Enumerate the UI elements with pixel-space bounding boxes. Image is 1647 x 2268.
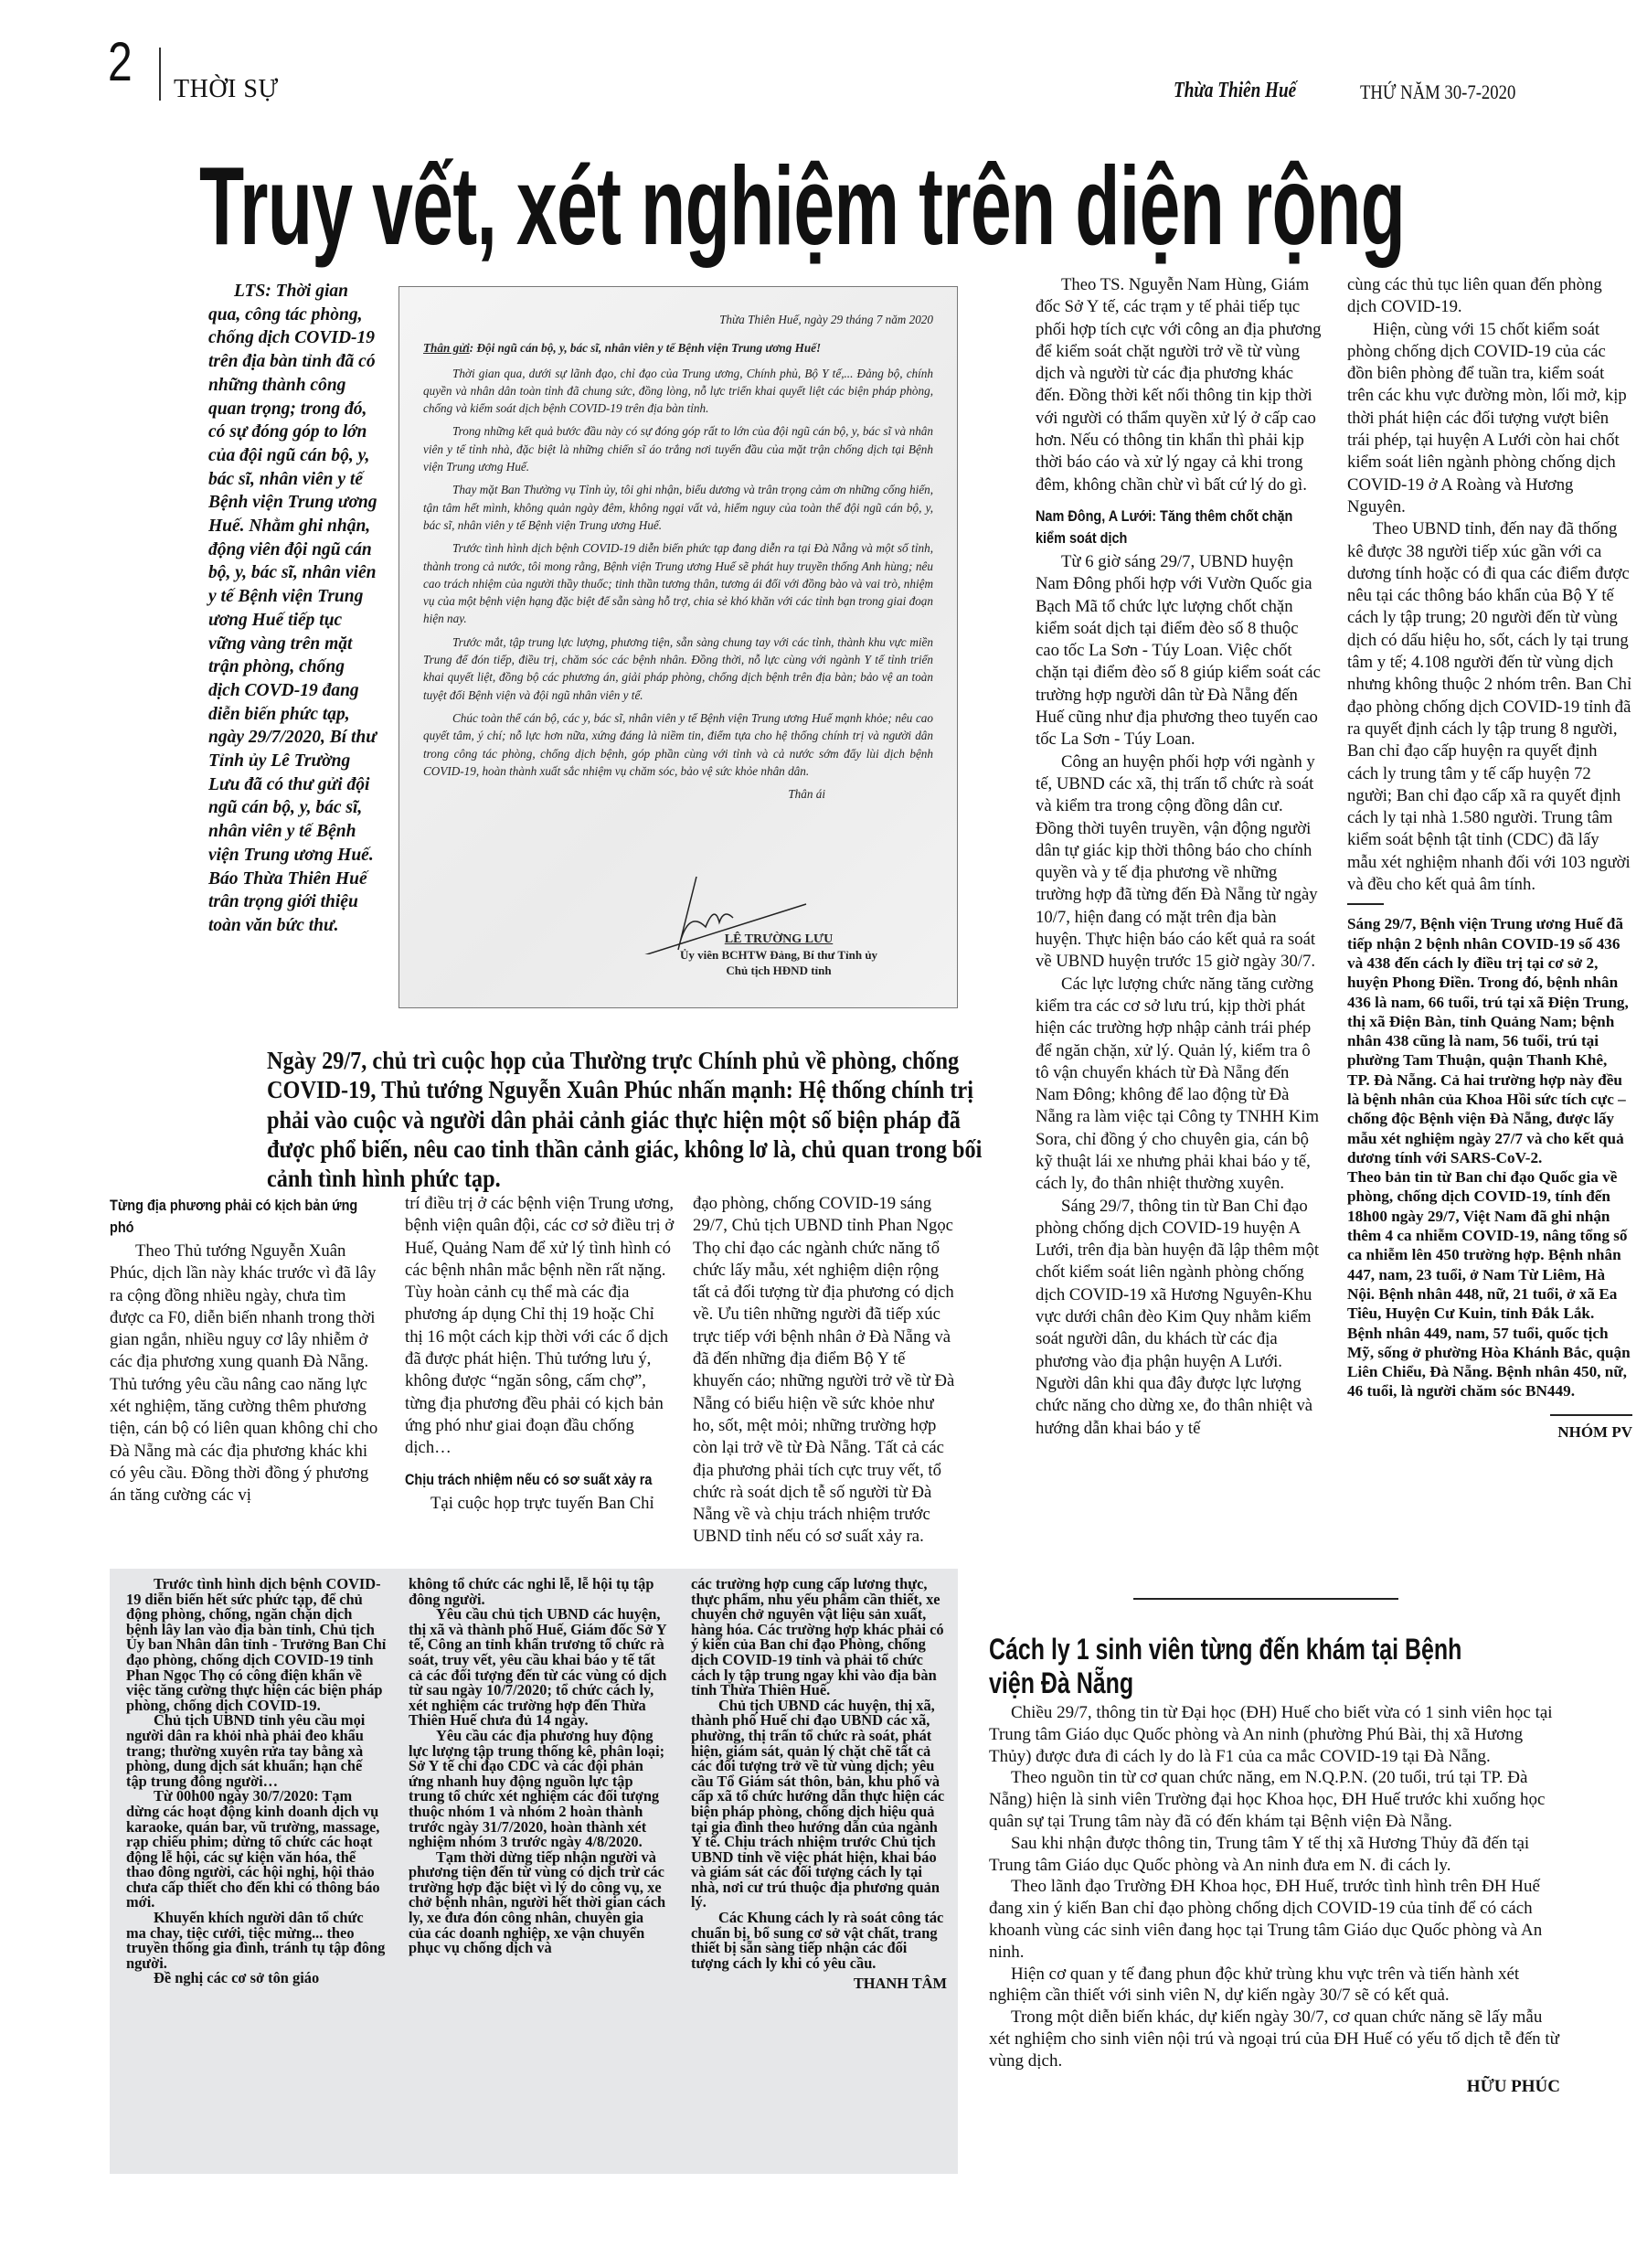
paragraph: Tại cuộc họp trực tuyến Ban Chỉ [405, 1493, 675, 1515]
paragraph: Theo nguồn tin từ cơ quan chức năng, em … [989, 1767, 1560, 1832]
signer-title-1: Ủy viên BCHTW Đảng, Bí thư Tỉnh ủy [674, 947, 884, 963]
editor-note: LTS: Thời gian qua, công tác phòng, chốn… [208, 280, 377, 938]
divider [1550, 1414, 1632, 1416]
paragraph: Hiện, cùng với 15 chốt kiểm soát phòng c… [1347, 319, 1632, 519]
paragraph: Hiện cơ quan y tế đang phun độc khử trùn… [989, 1964, 1560, 2007]
box-paragraph: các trường hợp cung cấp lương thực, thực… [691, 1577, 947, 1698]
salutation-label: Thân gửi [423, 341, 470, 355]
box-paragraph: không tổ chức các nghi lễ, lễ hội tụ tập… [409, 1577, 669, 1607]
news-brief: Sáng 29/7, Bệnh viện Trung ương Huế đã t… [1347, 914, 1632, 1400]
paragraph: Sau khi nhận được thông tin, Trung tâm Y… [989, 1833, 1560, 1877]
editor-note-text: LTS: Thời gian qua, công tác phòng, chốn… [208, 280, 377, 938]
paragraph: Trong một diễn biến khác, dự kiến ngày 3… [989, 2007, 1560, 2071]
paragraph: Theo lãnh đạo Trường ĐH Khoa học, ĐH Huế… [989, 1876, 1560, 1963]
letter-paragraph: Trước mắt, tập trung lực lượng, phương t… [423, 634, 933, 704]
letter-closing: Thân ái [423, 785, 825, 803]
box-paragraph: Trước tình hình dịch bệnh COVID-19 diễn … [126, 1577, 387, 1713]
publication-name: Thừa Thiên Huế [1174, 79, 1296, 103]
header-divider [159, 48, 161, 101]
letter-signer: LÊ TRƯỜNG LƯU Ủy viên BCHTW Đảng, Bí thư… [674, 932, 884, 978]
article-2-body: Chiều 29/7, thông tin từ Đại học (ĐH) Hu… [989, 1702, 1560, 2097]
box-column: các trường hợp cung cấp lương thực, thực… [691, 1577, 947, 1992]
lede-paragraph: Ngày 29/7, chủ trì cuộc họp của Thường t… [267, 1046, 991, 1193]
letter-image: Thừa Thiên Huế, ngày 29 tháng 7 năm 2020… [398, 286, 958, 1008]
paragraph: Từ 6 giờ sáng 29/7, UBND huyện Nam Đông … [1036, 551, 1323, 751]
letter-paragraph: Thay mặt Ban Thường vụ Tỉnh ủy, tôi ghi … [423, 481, 933, 534]
box-paragraph: Khuyến khích người dân tổ chức ma chay, … [126, 1911, 387, 1971]
issue-date: THỨ NĂM 30-7-2020 [1360, 80, 1515, 104]
letter-paragraph: Trước tình hình dịch bệnh COVID-19 diễn … [423, 539, 933, 627]
article-2-title: Cách ly 1 sinh viên từng đến khám tại Bệ… [989, 1633, 1488, 1700]
brief-paragraph: Theo bản tin từ Ban chỉ đạo Quốc gia về … [1347, 1167, 1632, 1401]
page-number: 2 [108, 35, 133, 90]
salutation-text: : Đội ngũ cán bộ, y, bác sĩ, nhân viên y… [470, 341, 821, 355]
article-column: trí điều trị ở các bệnh viện Trung ương,… [405, 1193, 675, 1515]
paragraph: Theo TS. Nguyễn Nam Hùng, Giám đốc Sở Y … [1036, 274, 1323, 496]
box-paragraph: Các Khung cách ly rà soát công tác chuẩn… [691, 1911, 947, 1971]
letter-place-date: Thừa Thiên Huế, ngày 29 tháng 7 năm 2020 [423, 311, 933, 328]
box-column: không tổ chức các nghi lễ, lễ hội tụ tập… [409, 1577, 669, 1956]
box-paragraph: Từ 00h00 ngày 30/7/2020: Tạm dừng các ho… [126, 1789, 387, 1911]
paragraph: Công an huyện phối hợp với ngành y tế, U… [1036, 751, 1323, 974]
letter-salutation: Thân gửi: Đội ngũ cán bộ, y, bác sĩ, nhâ… [423, 339, 933, 357]
page-headline: Truy vết, xét nghiệm trên diện rộng [199, 146, 1405, 265]
paragraph: trí điều trị ở các bệnh viện Trung ương,… [405, 1193, 675, 1460]
article-column: đạo phòng, chống COVID-19 sáng 29/7, Chủ… [693, 1193, 958, 1549]
signer-name: LÊ TRƯỜNG LƯU [674, 932, 884, 947]
paragraph: Các lực lượng chức năng tăng cường kiểm … [1036, 974, 1323, 1196]
byline: NHÓM PV [1347, 1421, 1632, 1443]
box-paragraph: Chủ tịch UBND các huyện, thị xã, thành p… [691, 1698, 947, 1911]
letter-paragraph: Thời gian qua, dưới sự lãnh đạo, chỉ đạo… [423, 365, 933, 418]
box-paragraph: Đề nghị các cơ sở tôn giáo [126, 1971, 387, 1986]
divider [1347, 903, 1384, 905]
paragraph: Theo UBND tỉnh, đến nay đã thống kê được… [1347, 518, 1632, 896]
box-column: Trước tình hình dịch bệnh COVID-19 diễn … [126, 1577, 387, 1986]
brief-paragraph: Sáng 29/7, Bệnh viện Trung ương Huế đã t… [1347, 914, 1632, 1167]
paragraph: Sáng 29/7, thông tin từ Ban Chỉ đạo phòn… [1036, 1196, 1323, 1440]
section-name: THỜI SỰ [174, 75, 279, 104]
article-column: Theo TS. Nguyễn Nam Hùng, Giám đốc Sở Y … [1036, 274, 1323, 1440]
letter-paragraph: Chúc toàn thể cán bộ, các y, bác sĩ, nhâ… [423, 709, 933, 780]
subheading: Chịu trách nhiệm nếu có sơ suất xảy ra [405, 1469, 673, 1491]
subheading: Từng địa phương phải có kịch bản ứng phó [110, 1195, 382, 1239]
divider [1133, 1598, 1398, 1600]
byline: THANH TÂM [691, 1976, 947, 1992]
letter-paragraph: Trong những kết quả bước đầu này có sự đ… [423, 422, 933, 475]
paragraph: Chiều 29/7, thông tin từ Đại học (ĐH) Hu… [989, 1702, 1560, 1767]
subheading: Nam Đông, A Lưới: Tăng thêm chốt chặn ki… [1036, 506, 1322, 549]
article-column: Từng địa phương phải có kịch bản ứng phó… [110, 1193, 384, 1507]
box-paragraph: Tạm thời dừng tiếp nhận người và phương … [409, 1850, 669, 1956]
signer-title-2: Chủ tịch HĐND tỉnh [674, 963, 884, 978]
paragraph: Theo Thủ tướng Nguyễn Xuân Phúc, dịch lầ… [110, 1240, 384, 1507]
box-paragraph: Yêu cầu chủ tịch UBND các huyện, thị xã … [409, 1607, 669, 1729]
byline: HỮU PHÚC [989, 2076, 1560, 2098]
article-column: cùng các thủ tục liên quan đến phòng dịc… [1347, 274, 1632, 1443]
box-paragraph: Chủ tịch UBND tỉnh yêu cầu mọi người dân… [126, 1713, 387, 1789]
box-paragraph: Yêu cầu các địa phương huy động lực lượn… [409, 1729, 669, 1850]
paragraph: cùng các thủ tục liên quan đến phòng dịc… [1347, 274, 1632, 319]
paragraph: đạo phòng, chống COVID-19 sáng 29/7, Chủ… [693, 1193, 958, 1549]
